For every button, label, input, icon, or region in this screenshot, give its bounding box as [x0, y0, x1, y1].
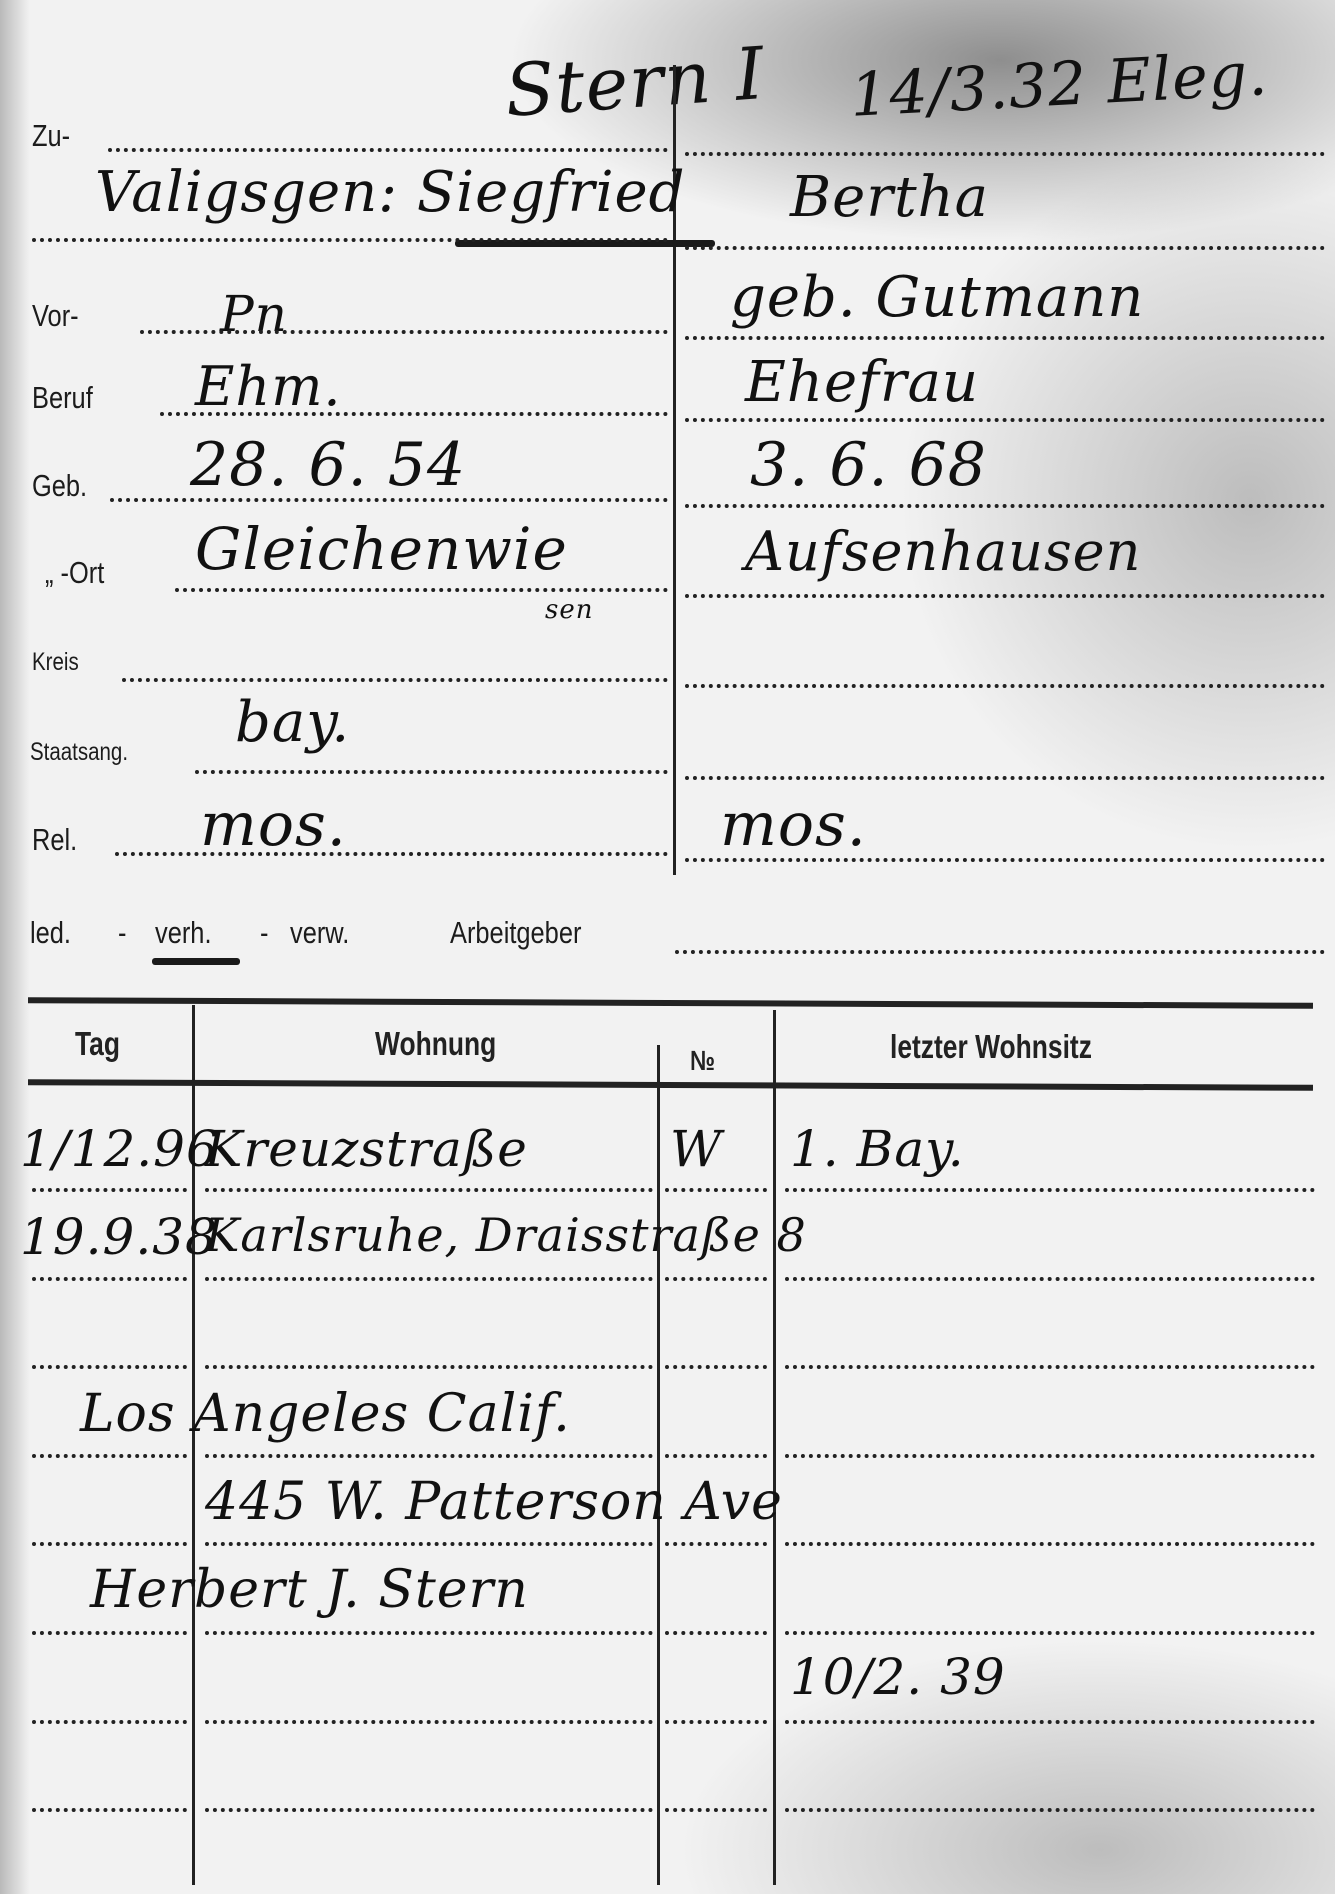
table-header-nr: №	[690, 1045, 715, 1077]
line-staatsang-right	[685, 776, 1325, 780]
line-ort-right	[685, 594, 1325, 598]
table-row-line	[32, 1454, 187, 1458]
table-header-rule	[28, 1079, 1313, 1091]
person-beruf: Ehm.	[195, 355, 342, 418]
spouse-maiden-name: geb. Gutmann	[730, 265, 1144, 330]
label-beruf: Beruf	[32, 380, 93, 416]
person-rel: mos.	[200, 790, 347, 860]
table-row-line	[665, 1277, 767, 1281]
line-geb-left	[110, 498, 668, 502]
label-staatsang: Staatsang.	[30, 738, 128, 767]
table-row-line	[205, 1365, 653, 1369]
table-row-line	[785, 1720, 1315, 1724]
col-divider-wohnung	[657, 1045, 660, 1885]
label-zu: Zu-	[32, 118, 70, 154]
table-row-line	[665, 1454, 767, 1458]
table-row-line	[665, 1808, 767, 1812]
table-row-line	[785, 1808, 1315, 1812]
table-cell-letzter: 10/2. 39	[790, 1648, 1006, 1706]
table-row-line	[785, 1277, 1315, 1281]
table-cell-tag: 1/12.96	[20, 1120, 219, 1178]
table-cell-letzter: 1. Bay.	[790, 1120, 965, 1178]
table-row-line	[32, 1808, 187, 1812]
table-header-letzter-wohnsitz: letzter Wohnsitz	[890, 1028, 1092, 1066]
table-row-line	[32, 1277, 187, 1281]
table-cell-wohnung: Kreuzstraße	[205, 1120, 528, 1178]
line-kreis-left	[122, 678, 668, 682]
line-vor-right	[685, 336, 1325, 340]
table-row-line	[665, 1631, 767, 1635]
table-cell-wohnung: Karlsruhe, Draisstraße 8	[205, 1208, 807, 1262]
line-zu-right	[685, 152, 1325, 156]
table-row-line	[785, 1454, 1315, 1458]
table-row-line	[32, 1631, 187, 1635]
col-divider-nr	[773, 1010, 776, 1885]
person-geb-ort: Gleichenwie	[195, 515, 568, 583]
table-row-line	[32, 1365, 187, 1369]
employer-label: Arbeitgeber	[450, 915, 581, 951]
label-rel: Rel.	[32, 822, 77, 858]
table-cell-wohnung: 445 W. Patterson Ave	[205, 1472, 783, 1532]
table-row-line	[665, 1542, 767, 1546]
table-row-line	[205, 1542, 653, 1546]
table-top-rule	[28, 997, 1313, 1009]
status-sep-2: -	[260, 915, 268, 951]
line-ort-left	[175, 588, 668, 592]
table-row-line	[32, 1542, 187, 1546]
status-selected-underline	[152, 958, 240, 965]
person-staatsang: bay.	[235, 690, 350, 755]
status-verw: verw.	[290, 915, 349, 951]
person-geb: 28. 6. 54	[190, 430, 466, 500]
line-beruf-right	[685, 418, 1325, 422]
table-row-line	[205, 1277, 653, 1281]
spouse-beruf: Ehefrau	[745, 350, 979, 415]
table-row-line	[32, 1720, 187, 1724]
line-zu-left	[108, 148, 668, 152]
label-vor: Vor-	[32, 298, 79, 334]
status-sep-1: -	[118, 915, 126, 951]
table-row-line	[785, 1188, 1315, 1192]
table-row-line	[205, 1808, 653, 1812]
spouse-geb-ort: Aufsenhausen	[745, 520, 1141, 583]
table-row-line	[665, 1188, 767, 1192]
registration-card: Stern I 14/3.32 Eleg. Zu- Valigsgen: Sie…	[0, 0, 1335, 1894]
label-geb-ort: „ -Ort	[45, 555, 104, 591]
table-cell-tag: 19.9.38	[20, 1208, 218, 1266]
table-cell-nr: W	[670, 1120, 722, 1178]
person-vorname: Pn	[220, 285, 288, 343]
line-name-right	[685, 246, 1325, 250]
table-header-tag: Tag	[75, 1025, 120, 1063]
table-row-line	[32, 1188, 187, 1192]
table-cell-wohnung: Herbert J. Stern	[90, 1560, 529, 1620]
table-row-line	[785, 1542, 1315, 1546]
table-row-line	[205, 1188, 653, 1192]
spouse-rel: mos.	[720, 790, 867, 860]
table-row-line	[205, 1631, 653, 1635]
header-surname: Stern I	[502, 31, 767, 133]
line-rel-left	[115, 852, 668, 856]
table-row-line	[665, 1365, 767, 1369]
table-row-line	[785, 1365, 1315, 1369]
spouse-geb: 3. 6. 68	[750, 430, 987, 500]
status-verh: verh.	[155, 915, 212, 951]
table-row-line	[205, 1720, 653, 1724]
table-cell-wohnung: Los Angeles Calif.	[80, 1384, 571, 1444]
line-employer	[675, 950, 1325, 954]
spouse-name: Bertha	[790, 165, 989, 230]
line-vor-left	[140, 330, 668, 334]
person-given-names: Valigsgen: Siegfried	[95, 160, 685, 225]
table-row-line	[665, 1720, 767, 1724]
person-geb-ort-suffix: sen	[545, 595, 593, 625]
line-kreis-right	[685, 684, 1325, 688]
table-row-line	[205, 1454, 653, 1458]
line-rel-right	[685, 858, 1325, 862]
line-beruf-left	[160, 412, 668, 416]
label-kreis: Kreis	[32, 648, 79, 677]
line-staatsang-left	[195, 770, 668, 774]
line-name-left	[32, 238, 668, 242]
label-geb: Geb.	[32, 468, 87, 504]
table-header-wohnung: Wohnung	[375, 1025, 496, 1063]
table-row-line	[785, 1631, 1315, 1635]
line-geb-right	[685, 504, 1325, 508]
status-led: led.	[30, 915, 71, 951]
header-date-note: 14/3.32 Eleg.	[848, 39, 1269, 131]
